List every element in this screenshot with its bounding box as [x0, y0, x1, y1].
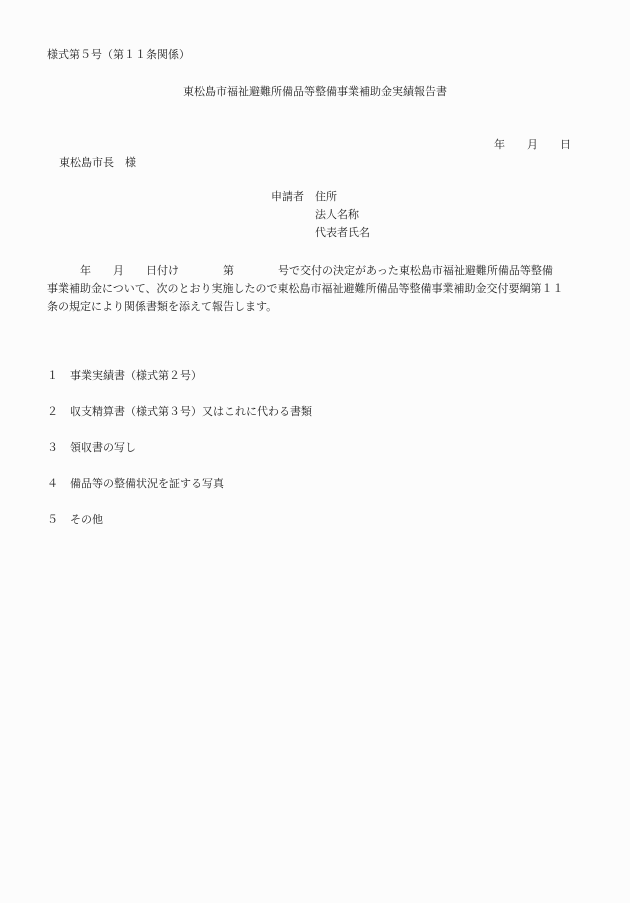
year-label: 年 [494, 136, 505, 154]
body-line: 年 月 日付け 第 号で交付の決定があった東松島市福祉避難所備品等整備 [47, 262, 583, 280]
month-label: 月 [527, 136, 538, 154]
body-line: 条の規定により関係書類を添えて報告します。 [47, 298, 583, 316]
attachment-item: ５ その他 [47, 511, 312, 529]
attachment-list: １ 事業実績書（様式第２号） ２ 収支精算書（様式第３号）又はこれに代わる書類 … [47, 367, 312, 547]
date-line: 年月日 [494, 136, 571, 154]
item-text: 事業実績書（様式第２号） [70, 367, 202, 385]
item-number: １ [47, 367, 70, 385]
document-title: 東松島市福祉避難所備品等整備事業補助金実績報告書 [0, 83, 630, 101]
addressee: 東松島市長 様 [59, 154, 136, 172]
applicant-address-label: 住所 [315, 188, 337, 206]
applicant-block: 申請者 住所 法人名称 代表者氏名 [271, 188, 370, 242]
day-label: 日 [560, 136, 571, 154]
applicant-representative-label: 代表者氏名 [315, 224, 370, 242]
item-number: ４ [47, 475, 70, 493]
item-number: ２ [47, 403, 70, 421]
form-number: 様式第５号（第１１条関係） [47, 46, 190, 64]
item-text: 領収書の写し [70, 439, 136, 457]
applicant-label: 申請者 [271, 188, 315, 206]
applicant-corporation-label: 法人名称 [315, 206, 359, 224]
attachment-item: ２ 収支精算書（様式第３号）又はこれに代わる書類 [47, 403, 312, 421]
attachment-item: ４ 備品等の整備状況を証する写真 [47, 475, 312, 493]
attachment-item: ３ 領収書の写し [47, 439, 312, 457]
report-body: 年 月 日付け 第 号で交付の決定があった東松島市福祉避難所備品等整備 事業補助… [47, 262, 583, 316]
attachment-item: １ 事業実績書（様式第２号） [47, 367, 312, 385]
item-number: ３ [47, 439, 70, 457]
item-text: 収支精算書（様式第３号）又はこれに代わる書類 [70, 403, 312, 421]
body-line: 事業補助金について、次のとおり実施したので東松島市福祉避難所備品等整備事業補助金… [47, 280, 583, 298]
item-number: ５ [47, 511, 70, 529]
item-text: 備品等の整備状況を証する写真 [70, 475, 224, 493]
item-text: その他 [70, 511, 103, 529]
